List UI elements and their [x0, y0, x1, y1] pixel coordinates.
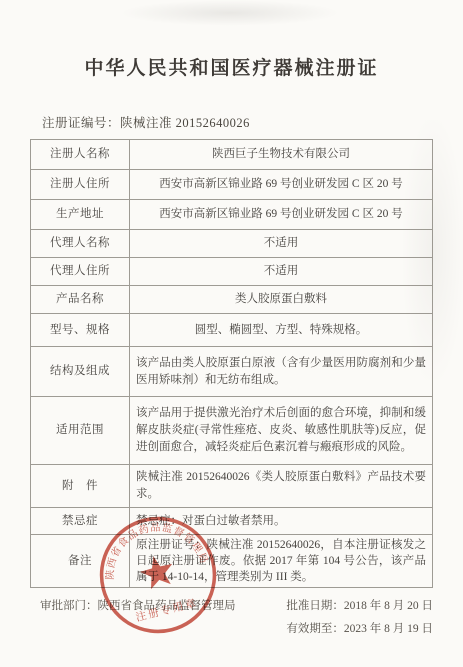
registration-number-label: 注册证编号：: [42, 116, 120, 130]
table-row: 结构及组成 该产品由类人胶原蛋白原液（含有少量医用防腐剂和少量医用矫味剂）和无纺…: [31, 347, 433, 397]
row-value: 该产品用于提供激光治疗术后创面的愈合环境，抑制和缓解皮肤炎症(寻常性痤疮、皮炎、…: [130, 397, 433, 465]
row-label: 结构及组成: [31, 347, 130, 397]
table-row: 注册人住所 西安市高新区锦业路 69 号创业研发园 C 区 20 号: [31, 170, 433, 200]
table-row: 代理人名称 不适用: [31, 230, 433, 258]
row-label: 备注: [31, 535, 130, 588]
row-value: 原注册证号：陕械注准 20152640026，自本注册证核发之日起原注册证作废。…: [130, 535, 433, 588]
approval-department-line: 审批部门：陕西省食品药品监督管理局: [30, 595, 236, 641]
approval-date-label: 批准日期：: [286, 600, 344, 612]
row-value: 西安市高新区锦业路 69 号创业研发园 C 区 20 号: [130, 200, 433, 230]
row-label: 适用范围: [31, 397, 130, 465]
table-row: 适用范围 该产品用于提供激光治疗术后创面的愈合环境，抑制和缓解皮肤炎症(寻常性痤…: [31, 397, 433, 465]
valid-until-label: 有效期至：: [286, 623, 344, 635]
row-value: 类人胶原蛋白敷料: [130, 286, 433, 314]
row-value: 陕械注准 20152640026《类人胶原蛋白敷料》产品技术要求。: [130, 465, 433, 508]
certificate-footer: 审批部门：陕西省食品药品监督管理局 批准日期：2018 年 8 月 20 日 有…: [30, 595, 433, 641]
table-row: 附 件 陕械注准 20152640026《类人胶原蛋白敷料》产品技术要求。: [31, 465, 433, 508]
row-label: 注册人名称: [31, 140, 130, 170]
registration-number-value: 陕械注准 20152640026: [120, 116, 250, 130]
row-label: 产品名称: [31, 286, 130, 314]
row-label: 型号、规格: [31, 314, 130, 347]
approval-date-line: 批准日期：2018 年 8 月 20 日: [286, 595, 433, 618]
row-value: 不适用: [130, 258, 433, 286]
approval-date-value: 2018 年 8 月 20 日: [344, 600, 433, 612]
row-value: 西安市高新区锦业路 69 号创业研发园 C 区 20 号: [130, 170, 433, 200]
table-row: 代理人住所 不适用: [31, 258, 433, 286]
table-row: 产品名称 类人胶原蛋白敷料: [31, 286, 433, 314]
row-label: 代理人住所: [31, 258, 130, 286]
row-value: 不适用: [130, 230, 433, 258]
row-value: 该产品由类人胶原蛋白原液（含有少量医用防腐剂和少量医用矫味剂）和无纺布组成。: [130, 347, 433, 397]
table-row: 备注 原注册证号：陕械注准 20152640026，自本注册证核发之日起原注册证…: [31, 535, 433, 588]
row-value: 陕西巨子生物技术有限公司: [130, 140, 433, 170]
valid-until-line: 有效期至：2023 年 8 月 19 日: [286, 618, 433, 641]
valid-until-value: 2023 年 8 月 19 日: [344, 623, 433, 635]
approval-department-value: 陕西省食品药品监督管理局: [98, 600, 236, 612]
table-row: 禁忌症 禁忌症：对蛋白过敏者禁用。: [31, 508, 433, 535]
row-label: 禁忌症: [31, 508, 130, 535]
row-label: 代理人名称: [31, 230, 130, 258]
row-value: 禁忌症：对蛋白过敏者禁用。: [130, 508, 433, 535]
table-row: 注册人名称 陕西巨子生物技术有限公司: [31, 140, 433, 170]
row-label: 生产地址: [31, 200, 130, 230]
table-row: 型号、规格 圆型、椭圆型、方型、特殊规格。: [31, 314, 433, 347]
table-row: 生产地址 西安市高新区锦业路 69 号创业研发园 C 区 20 号: [31, 200, 433, 230]
row-label: 附 件: [31, 465, 130, 508]
certificate-title: 中华人民共和国医疗器械注册证: [0, 0, 463, 80]
row-value: 圆型、椭圆型、方型、特殊规格。: [130, 314, 433, 347]
row-label: 注册人住所: [31, 170, 130, 200]
certificate-table: 注册人名称 陕西巨子生物技术有限公司 注册人住所 西安市高新区锦业路 69 号创…: [30, 139, 433, 588]
approval-department-label: 审批部门：: [40, 600, 98, 612]
certificate-page: 中华人民共和国医疗器械注册证 注册证编号：陕械注准 20152640026 注册…: [0, 0, 463, 667]
registration-number-line: 注册证编号：陕械注准 20152640026: [42, 113, 463, 131]
date-block: 批准日期：2018 年 8 月 20 日 有效期至：2023 年 8 月 19 …: [286, 595, 433, 641]
